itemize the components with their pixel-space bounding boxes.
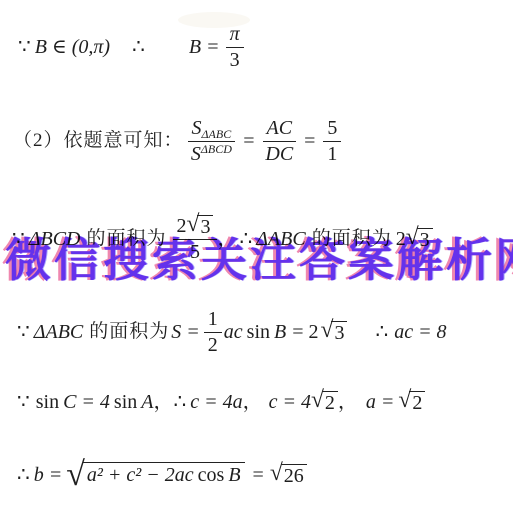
expression: c = 4 — [269, 391, 311, 414]
because-symbol: ∵ — [18, 36, 31, 59]
product-term: ac — [224, 321, 243, 344]
comma: ， — [243, 391, 263, 414]
sin-function: sin — [36, 391, 59, 414]
expression: C = 4 — [63, 391, 110, 414]
therefore-symbol: ∴ — [375, 321, 388, 344]
equals-sign: = — [243, 130, 254, 153]
area-subscript: ΔABC — [202, 128, 232, 140]
comma: ， — [338, 391, 358, 414]
math-line-2: （2）依题意可知： SΔABC SΔBCD = AC DC = 5 1 — [13, 112, 341, 170]
equation-lhs: B = — [189, 36, 220, 59]
equation-lhs: b = — [34, 464, 63, 487]
math-line-1: ∵ B ∈ (0,π) ∴ B = π 3 — [18, 22, 244, 72]
wechat-watermark: 微信搜索关注答案解析网 — [5, 234, 513, 286]
expression: c = 4a — [190, 391, 242, 414]
sqrt-radical: √3 — [321, 321, 348, 344]
sin-function: sin — [247, 321, 270, 344]
equals-coefficient: = 2 — [292, 321, 318, 344]
therefore-symbol: ∴ — [17, 464, 30, 487]
equals-sign: = — [253, 464, 264, 487]
therefore-symbol: ∴ — [173, 391, 186, 414]
math-line-6: ∴ b = √a² + c² − 2accosB = √26 — [17, 450, 307, 500]
angle-variable: B — [274, 321, 286, 344]
fraction-areas: SΔABC SΔBCD — [188, 117, 236, 165]
sqrt-radical: √2 — [311, 391, 338, 414]
sin-function: sin — [114, 391, 137, 414]
expression: a = — [366, 391, 395, 414]
equals-sign: = — [304, 130, 315, 153]
area-subscript: ΔBCD — [201, 143, 232, 155]
conclusion-expression: ac = 8 — [394, 321, 446, 344]
area-symbol: S — [192, 117, 202, 139]
sqrt-radical-long: √a² + c² − 2accosB — [66, 462, 244, 489]
expression: A — [141, 391, 153, 414]
math-line-4: ∵ ΔABC 的面积为 S = 1 2 ac sin B = 2 √3 ∴ ac… — [17, 305, 447, 359]
area-symbol: S — [191, 143, 201, 165]
area-text: 的面积为 — [89, 321, 169, 343]
math-line-5: ∵ sin C = 4 sin A ， ∴ c = 4a ， c = 4 √2 … — [17, 386, 425, 418]
cos-function: cos — [198, 464, 225, 486]
because-symbol: ∵ — [17, 391, 30, 414]
therefore-symbol: ∴ — [132, 36, 145, 59]
angle-variable: B — [228, 464, 240, 486]
document-page: ∵ B ∈ (0,π) ∴ B = π 3 （2）依题意可知： SΔABC SΔ… — [0, 0, 513, 524]
comma: ， — [153, 391, 173, 414]
radicand-terms: a² + c² − 2ac — [87, 464, 194, 486]
fraction-pi-3: π 3 — [226, 23, 244, 71]
sqrt-radical: √2 — [398, 391, 425, 414]
fraction-ratio: 5 1 — [323, 117, 341, 165]
interval-expression: B ∈ (0,π) — [35, 36, 110, 59]
fraction-segments: AC DC — [263, 117, 297, 165]
triangle-name: ΔABC — [34, 321, 84, 344]
chinese-prefix: （2）依题意可知： — [13, 130, 184, 152]
sqrt-radical: √26 — [270, 464, 307, 487]
equation-lhs: S = — [171, 321, 200, 344]
because-symbol: ∵ — [17, 321, 30, 344]
fraction-half: 1 2 — [204, 308, 222, 356]
